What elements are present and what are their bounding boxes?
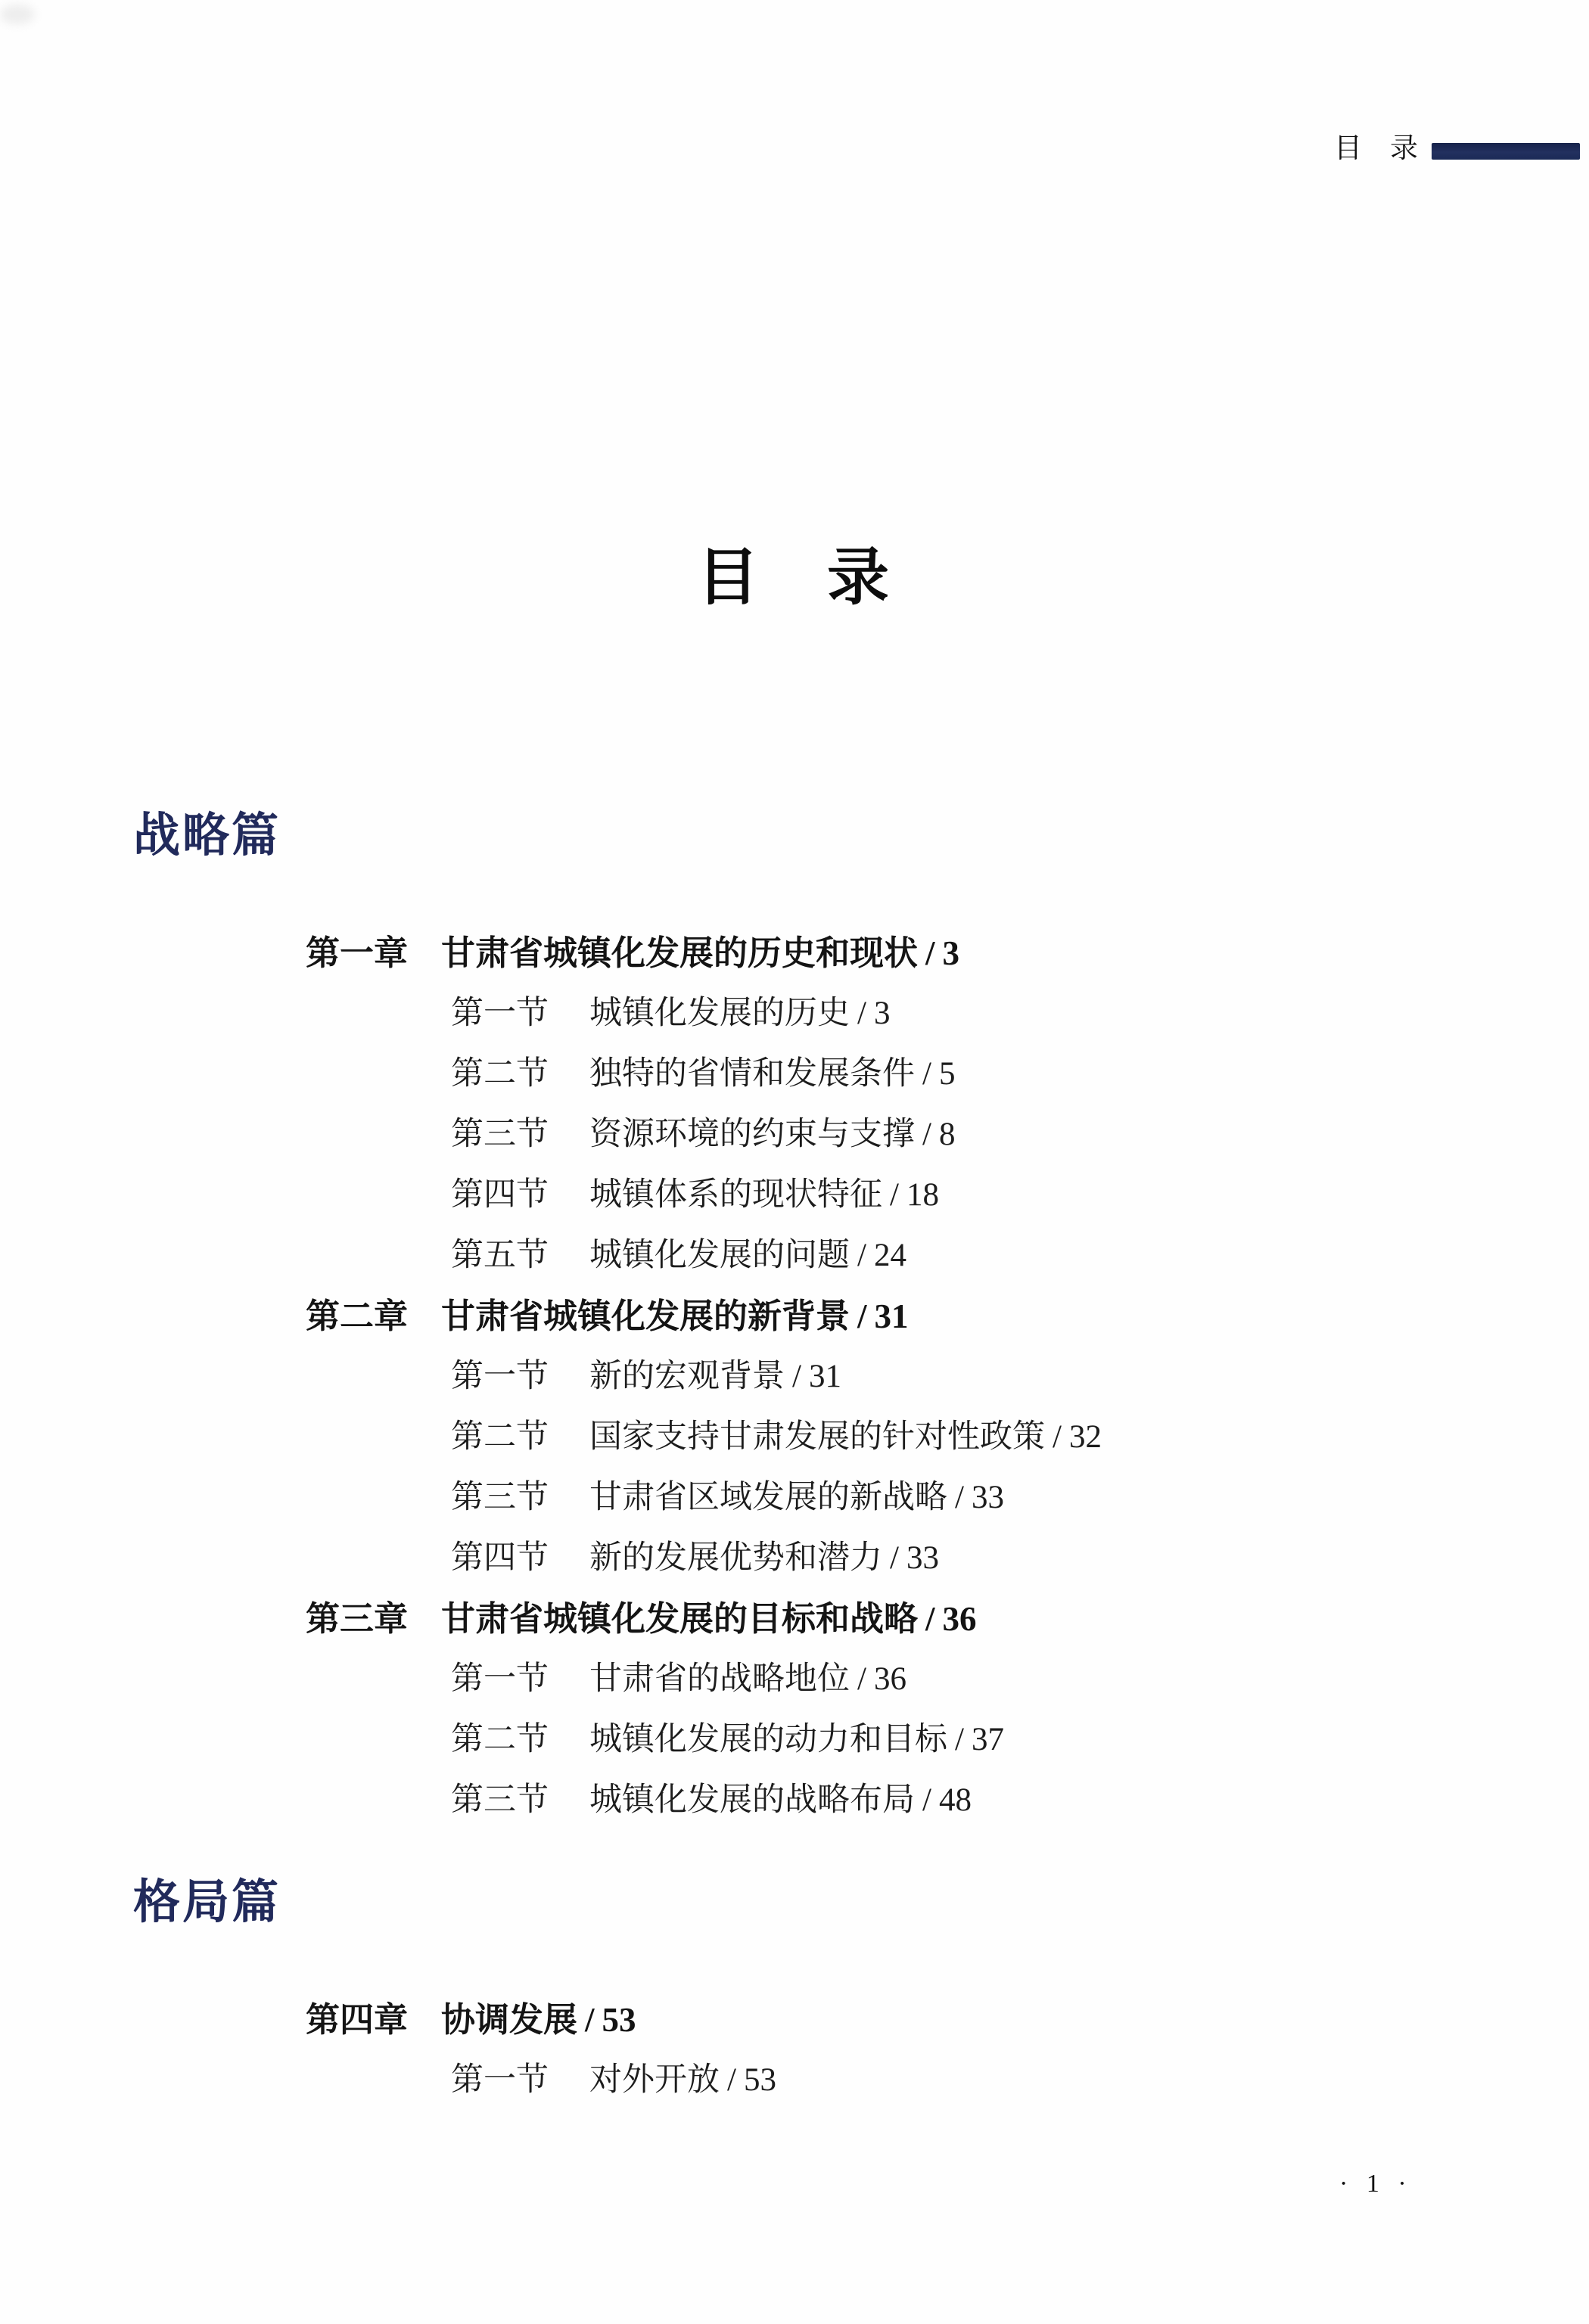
section-title: 甘肃省区域发展的新战略 (589, 1480, 947, 1515)
chapter-number: 第四章 (306, 1990, 408, 2050)
section-number: 第四节 (451, 1165, 549, 1226)
page-separator: / (577, 2001, 602, 2039)
section-title: 新的发展优势和潜力 (589, 1540, 882, 1576)
section-number: 第三节 (451, 1770, 549, 1831)
section-entry: 第一节对外开放/53 (0, 2050, 1589, 2111)
section-text: 新的宏观背景/31 (589, 1359, 841, 1394)
section-text: 对外开放/53 (589, 2062, 776, 2098)
section-entry: 第一节甘肃省的战略地位/36 (0, 1649, 1589, 1710)
page-separator: / (947, 1480, 972, 1515)
page-number: · 1 · (1339, 2170, 1413, 2198)
section-page: 48 (939, 1782, 972, 1818)
page-separator: / (850, 1297, 875, 1335)
chapter-number: 第三章 (306, 1589, 408, 1649)
page-separator: / (915, 1056, 939, 1092)
section-entry: 第三节甘肃省区域发展的新战略/33 (0, 1468, 1589, 1528)
section-number: 第四节 (451, 1528, 549, 1589)
toc-page: 目 录 目 录 战略篇第一章甘肃省城镇化发展的历史和现状/3第一节城镇化发展的历… (0, 0, 1589, 2324)
section-page: 24 (874, 1238, 906, 1273)
page-separator: / (882, 1540, 906, 1576)
section-text: 城镇化发展的问题/24 (589, 1238, 906, 1273)
section-title: 甘肃省的战略地位 (589, 1661, 850, 1697)
section-text: 国家支持甘肃发展的针对性政策/32 (589, 1419, 1102, 1455)
section-title: 城镇化发展的历史 (589, 996, 850, 1031)
section-text: 城镇化发展的战略布局/48 (589, 1782, 972, 1818)
section-title: 城镇化发展的问题 (589, 1238, 850, 1273)
section-page: 53 (744, 2062, 776, 2098)
section-title: 独特的省情和发展条件 (589, 1056, 915, 1092)
page-separator: / (918, 1600, 943, 1638)
section-title: 城镇化发展的动力和目标 (589, 1722, 947, 1757)
chapter-title: 甘肃省城镇化发展的目标和战略 (441, 1600, 918, 1638)
section-number: 第五节 (451, 1226, 549, 1286)
section-entry: 第一节城镇化发展的历史/3 (0, 983, 1589, 1044)
running-header-title: 目 录 (1334, 135, 1418, 163)
chapter-text: 协调发展/53 (441, 2001, 636, 2039)
page-separator: / (918, 934, 943, 972)
section-title: 城镇化发展的战略布局 (589, 1782, 915, 1818)
section-entry: 第三节城镇化发展的战略布局/48 (0, 1770, 1589, 1831)
section-page: 8 (939, 1117, 956, 1152)
scan-smudge (0, 5, 35, 24)
section-text: 甘肃省的战略地位/36 (589, 1661, 906, 1697)
section-page: 31 (809, 1359, 841, 1394)
section-number: 第二节 (451, 1710, 549, 1770)
section-title: 资源环境的约束与支撑 (589, 1117, 915, 1152)
section-entry: 第二节国家支持甘肃发展的针对性政策/32 (0, 1407, 1589, 1468)
section-entry: 第二节城镇化发展的动力和目标/37 (0, 1710, 1589, 1770)
page-title: 目 录 (0, 547, 1589, 609)
page-separator: / (1045, 1419, 1069, 1455)
section-text: 城镇化发展的动力和目标/37 (589, 1722, 1004, 1757)
chapter-text: 甘肃省城镇化发展的目标和战略/36 (441, 1600, 977, 1638)
chapter-entry: 第二章甘肃省城镇化发展的新背景/31 (0, 1286, 1589, 1347)
chapter-page: 3 (943, 934, 960, 972)
section-title: 国家支持甘肃发展的针对性政策 (589, 1419, 1045, 1455)
section-entry: 第四节新的发展优势和潜力/33 (0, 1528, 1589, 1589)
page-separator: / (785, 1359, 809, 1394)
section-number: 第一节 (451, 1347, 549, 1407)
table-of-contents: 战略篇第一章甘肃省城镇化发展的历史和现状/3第一节城镇化发展的历史/3第二节独特… (0, 806, 1589, 2111)
section-page: 37 (972, 1722, 1004, 1757)
section-number: 第三节 (451, 1468, 549, 1528)
section-entry: 第二节独特的省情和发展条件/5 (0, 1044, 1589, 1105)
header-rule (1432, 143, 1580, 160)
chapter-title: 甘肃省城镇化发展的新背景 (441, 1297, 850, 1335)
section-text: 新的发展优势和潜力/33 (589, 1540, 939, 1576)
chapter-title: 甘肃省城镇化发展的历史和现状 (441, 934, 918, 972)
section-title: 新的宏观背景 (589, 1359, 785, 1394)
chapter-page: 31 (875, 1297, 909, 1335)
chapter-entry: 第三章甘肃省城镇化发展的目标和战略/36 (0, 1589, 1589, 1649)
page-separator: / (915, 1117, 939, 1152)
page-separator: / (915, 1782, 939, 1818)
chapter-number: 第二章 (306, 1286, 408, 1347)
section-entry: 第一节新的宏观背景/31 (0, 1347, 1589, 1407)
section-title: 城镇体系的现状特征 (589, 1177, 882, 1213)
section-page: 32 (1069, 1419, 1102, 1455)
part-label: 格局篇 (0, 1872, 1589, 1933)
chapter-entry: 第一章甘肃省城镇化发展的历史和现状/3 (0, 923, 1589, 983)
section-entry: 第三节资源环境的约束与支撑/8 (0, 1105, 1589, 1165)
chapter-number: 第一章 (306, 923, 408, 983)
section-entry: 第五节城镇化发展的问题/24 (0, 1226, 1589, 1286)
section-page: 3 (874, 996, 891, 1031)
section-number: 第一节 (451, 2050, 549, 2111)
page-separator: / (850, 996, 874, 1031)
chapter-page: 53 (602, 2001, 636, 2039)
section-text: 甘肃省区域发展的新战略/33 (589, 1480, 1004, 1515)
page-separator: / (850, 1238, 874, 1273)
part-label: 战略篇 (0, 806, 1589, 866)
section-number: 第二节 (451, 1407, 549, 1468)
section-page: 33 (972, 1480, 1004, 1515)
section-page: 5 (939, 1056, 956, 1092)
section-text: 资源环境的约束与支撑/8 (589, 1117, 955, 1152)
section-title: 对外开放 (589, 2062, 720, 2098)
section-page: 33 (906, 1540, 939, 1576)
section-page: 36 (874, 1661, 906, 1697)
chapter-title: 协调发展 (441, 2001, 577, 2039)
section-number: 第二节 (451, 1044, 549, 1105)
chapter-text: 甘肃省城镇化发展的新背景/31 (441, 1297, 909, 1335)
section-number: 第三节 (451, 1105, 549, 1165)
section-text: 城镇化发展的历史/3 (589, 996, 890, 1031)
section-text: 独特的省情和发展条件/5 (589, 1056, 955, 1092)
page-separator: / (850, 1661, 874, 1697)
page-separator: / (947, 1722, 972, 1757)
section-number: 第一节 (451, 983, 549, 1044)
section-number: 第一节 (451, 1649, 549, 1710)
section-text: 城镇体系的现状特征/18 (589, 1177, 939, 1213)
chapter-entry: 第四章协调发展/53 (0, 1990, 1589, 2050)
section-page: 18 (906, 1177, 939, 1213)
chapter-text: 甘肃省城镇化发展的历史和现状/3 (441, 934, 959, 972)
page-separator: / (720, 2062, 744, 2098)
chapter-page: 36 (943, 1600, 977, 1638)
page-separator: / (882, 1177, 906, 1213)
section-entry: 第四节城镇体系的现状特征/18 (0, 1165, 1589, 1226)
